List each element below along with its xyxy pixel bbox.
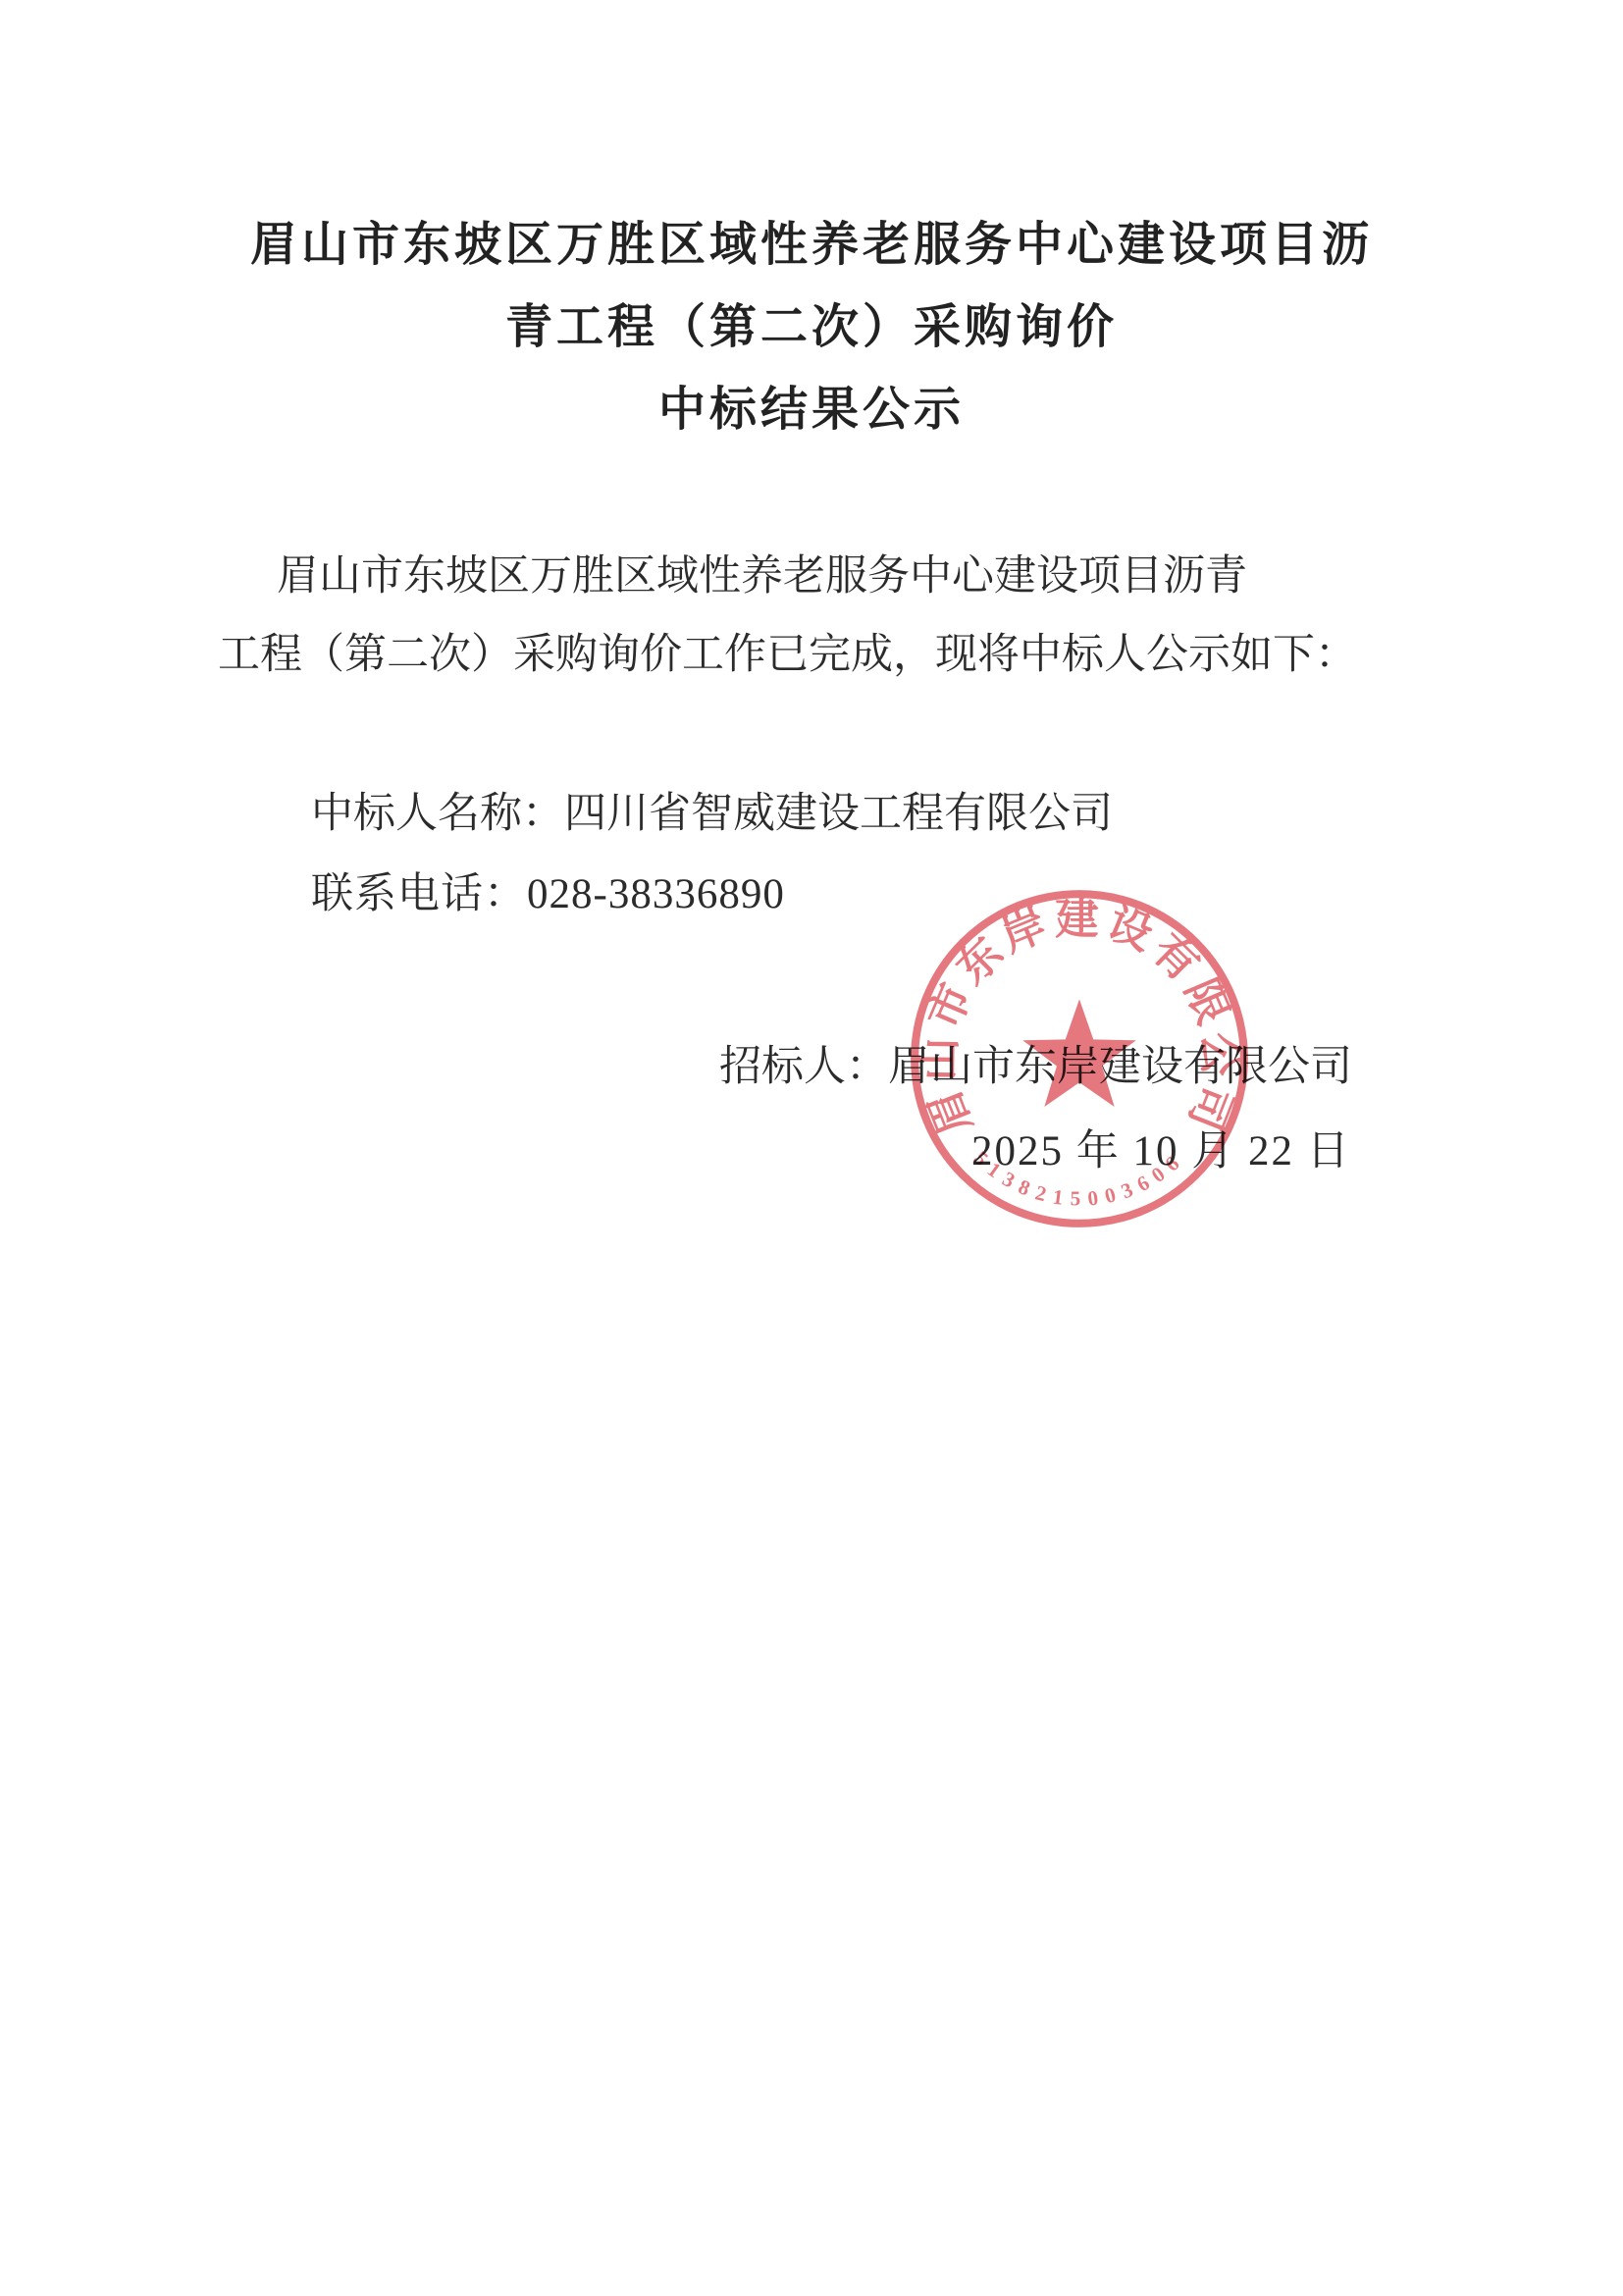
title-line-2: 青工程（第二次）采购询价 <box>0 287 1623 369</box>
winner-name-line: 中标人名称：四川省智威建设工程有限公司 <box>311 787 1113 842</box>
company-seal: 眉山市东岸建设有限公司 5138215003606 <box>901 880 1258 1237</box>
document-title: 眉山市东坡区万胜区域性养老服务中心建设项目沥 青工程（第二次）采购询价 中标结果… <box>0 204 1623 451</box>
paragraph-line-1: 眉山市东坡区万胜区域性养老服务中心建设项目沥青 <box>277 538 1415 616</box>
document-page: 眉山市东坡区万胜区域性养老服务中心建设项目沥 青工程（第二次）采购询价 中标结果… <box>0 0 1623 2296</box>
title-line-1: 眉山市东坡区万胜区域性养老服务中心建设项目沥 <box>0 204 1623 287</box>
intro-paragraph: 眉山市东坡区万胜区域性养老服务中心建设项目沥青 工程（第二次）采购询价工作已完成… <box>218 538 1415 695</box>
contact-phone-line: 联系电话：028-38336890 <box>311 867 785 922</box>
title-line-3: 中标结果公示 <box>0 369 1623 451</box>
paragraph-line-2: 工程（第二次）采购询价工作已完成，现将中标人公示如下： <box>218 616 1415 695</box>
seal-star-icon <box>1022 999 1135 1107</box>
